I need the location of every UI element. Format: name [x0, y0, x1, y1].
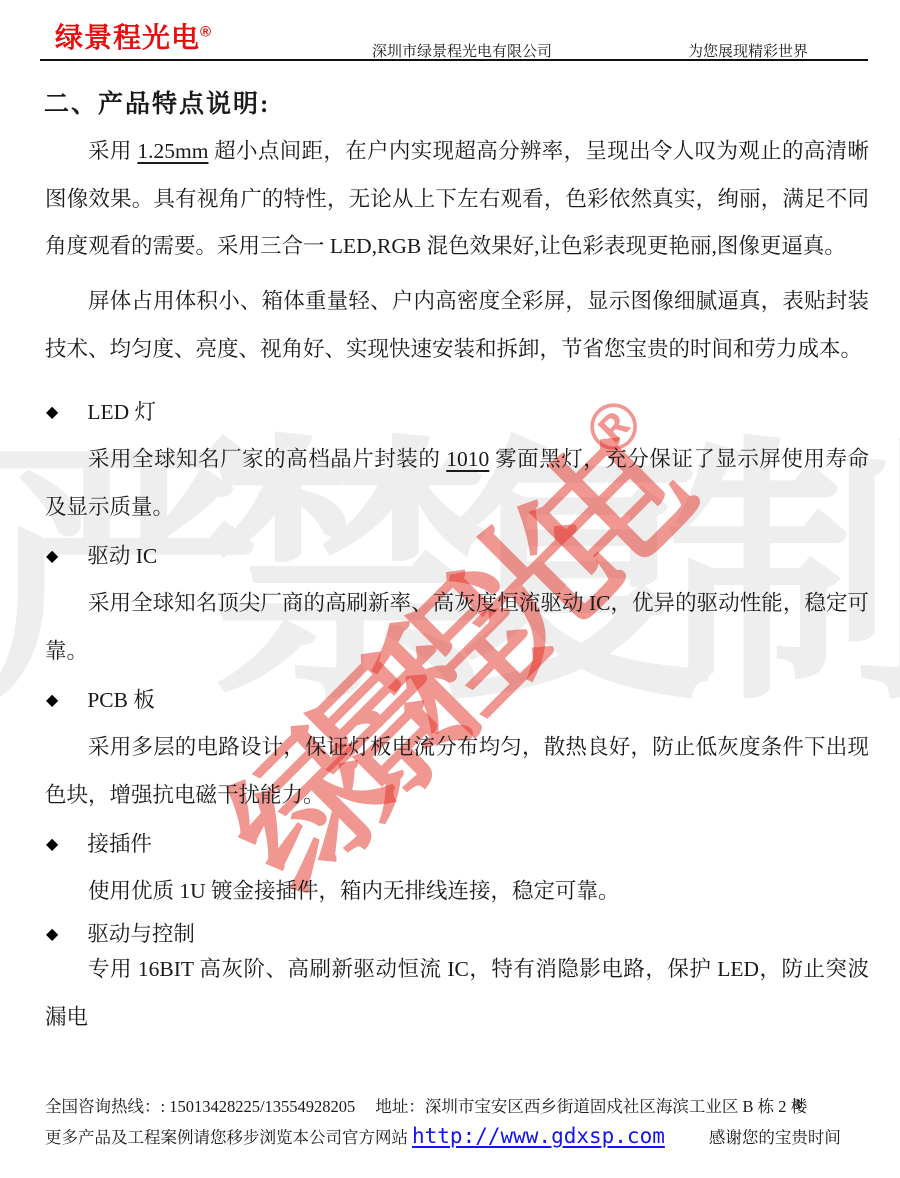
- feature-label: 驱动与控制: [87, 922, 195, 946]
- feature-label: 驱动 IC: [87, 544, 157, 568]
- feature-body-connectors: 使用优质 1U 镀金接插件，箱内无排线连接，稳定可靠。: [45, 868, 869, 916]
- header-company-name: 深圳市绿景程光电有限公司: [372, 40, 552, 61]
- feature-item-connectors: ◆接插件: [46, 831, 152, 857]
- diamond-bullet-icon: ◆: [46, 831, 58, 857]
- intro-paragraph-1: 采用 1.25mm 超小点间距，在户内实现超高分辨率，呈现出令人叹为观止的高清晰…: [45, 128, 869, 271]
- feature-body-driver-ic: 采用全球知名顶尖厂商的高刷新率、高灰度恒流驱动 IC，优异的驱动性能，稳定可靠。: [45, 580, 869, 675]
- feature-label: PCB 板: [87, 688, 155, 712]
- feature-body-drive-control: 专用 16BIT 高灰阶、高刷新驱动恒流 IC，特有消隐影电路，保护 LED，防…: [45, 946, 869, 1041]
- feature-label: LED 灯: [87, 400, 156, 424]
- intro-paragraph-2: 屏体占用体积小、箱体重量轻、户内高密度全彩屏，显示图像细腻逼真，表贴封装技术、均…: [45, 278, 869, 373]
- company-logo-text: 绿景程光电: [55, 22, 200, 53]
- diamond-bullet-icon: ◆: [46, 399, 58, 425]
- diamond-bullet-icon: ◆: [46, 543, 58, 569]
- website-link[interactable]: http://www.gdxsp.com: [412, 1124, 665, 1148]
- hotline-label: 全国咨询热线：:: [45, 1097, 165, 1116]
- diamond-bullet-icon: ◆: [46, 687, 58, 713]
- header-divider: [40, 59, 868, 61]
- feature-label: 接插件: [87, 832, 152, 856]
- feature-item-pcb-board: ◆PCB 板: [46, 687, 155, 713]
- feature-body-pcb-board: 采用多层的电路设计，保证灯板电流分布均匀，散热良好，防止低灰度条件下出现色块，增…: [45, 724, 869, 819]
- website-line-suffix: 感谢您的宝贵时间: [709, 1128, 841, 1147]
- feature-body-led-lamp: 采用全球知名厂家的高档晶片封装的 1010 雾面黑灯，充分保证了显示屏使用寿命及…: [45, 436, 869, 531]
- website-line-prefix: 更多产品及工程案例请您移步浏览本公司官方网站: [45, 1128, 408, 1147]
- page-number: 3: [793, 1097, 801, 1114]
- address-text: 深圳市宝安区西乡街道固戍社区海滨工业区 B 栋 2 楼: [425, 1097, 807, 1116]
- footer-contact-line: 全国咨询热线：: 15013428225/13554928205地址：深圳市宝安…: [45, 1094, 805, 1120]
- diamond-bullet-icon: ◆: [46, 921, 58, 947]
- company-logo: 绿景程光电®: [55, 16, 212, 56]
- feature-item-led-lamp: ◆LED 灯: [46, 399, 156, 425]
- feature-item-driver-ic: ◆驱动 IC: [46, 543, 157, 569]
- address-label: 地址：: [375, 1097, 425, 1116]
- feature-item-drive-control: ◆驱动与控制: [46, 921, 195, 947]
- footer-website-line: 更多产品及工程案例请您移步浏览本公司官方网站http://www.gdxsp.c…: [45, 1120, 875, 1154]
- document-page: 严禁复制 绿景程光电® 绿景程光电® 深圳市绿景程光电有限公司 为您展现精彩世界…: [0, 0, 900, 1178]
- section-title: 二、产品特点说明:: [44, 84, 270, 120]
- hotline-numbers: 15013428225/13554928205: [169, 1097, 355, 1116]
- header-slogan: 为您展现精彩世界: [688, 40, 808, 61]
- registered-trademark-icon: ®: [200, 24, 212, 41]
